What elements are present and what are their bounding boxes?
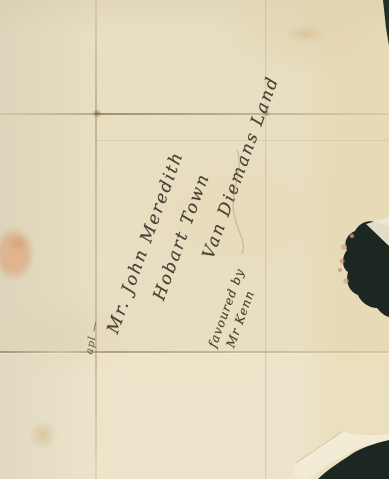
seal-residue-specks bbox=[338, 234, 354, 284]
torn-corner-flap bbox=[294, 431, 389, 479]
bottom-right-corner-hole bbox=[318, 440, 389, 479]
wax-seal-stain bbox=[0, 227, 35, 281]
horizontal-fold-lower bbox=[0, 351, 389, 353]
address-block: Mr. John Meredith Hobart Town Van Dieman… bbox=[98, 46, 291, 361]
torn-paper-sliver bbox=[366, 217, 389, 246]
top-right-edge-tear bbox=[383, 0, 389, 46]
fold-intersection-mark bbox=[92, 109, 102, 118]
vertical-fold-left bbox=[95, 0, 97, 479]
round-stain bbox=[29, 421, 57, 449]
right-edge-hole bbox=[343, 221, 389, 317]
flap-crease-line bbox=[296, 431, 343, 463]
foxing-spot bbox=[286, 26, 326, 42]
letter-scan: Mr. John Meredith Hobart Town Van Dieman… bbox=[0, 0, 389, 479]
